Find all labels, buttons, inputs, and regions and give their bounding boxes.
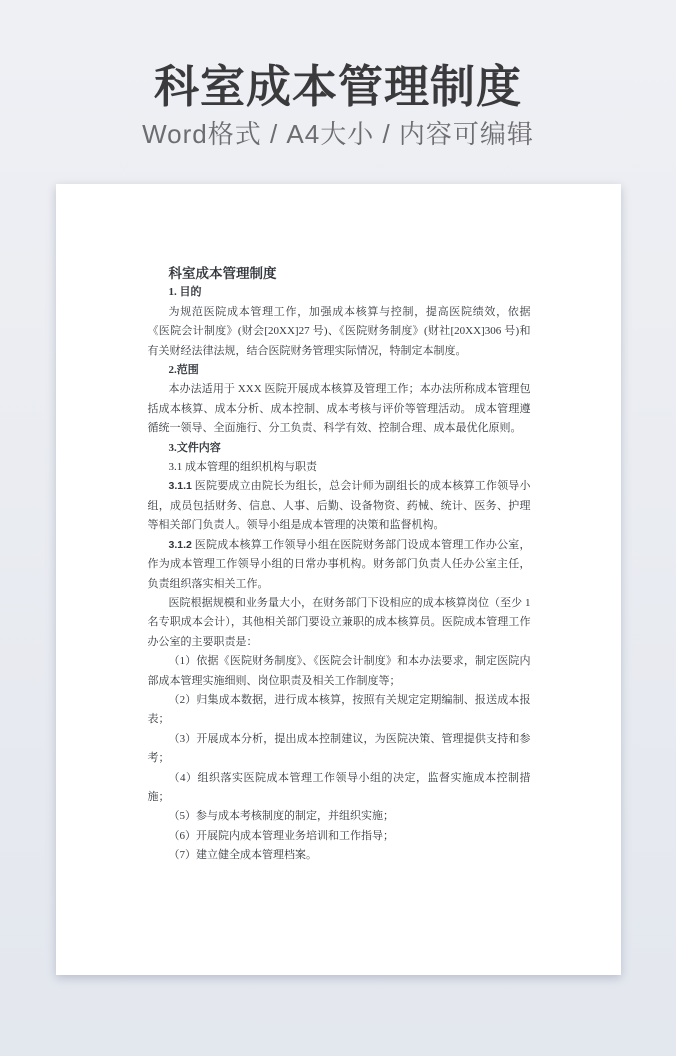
doc-paragraph: （1）依据《医院财务制度》、《医院会计制度》和本办法要求，制定医院内部成本管理实…: [148, 652, 531, 691]
doc-paragraph: （3）开展成本分析，提出成本控制建议，为医院决策、管理提供支持和参考；: [148, 730, 531, 769]
doc-paragraph: （5）参与成本考核制度的制定，并组织实施；: [148, 807, 531, 826]
document-body: 科室成本管理制度 1. 目的为规范医院成本管理工作，加强成本核算与控制，提高医院…: [148, 264, 531, 866]
doc-paragraph: （2）归集成本数据，进行成本核算，按照有关规定定期编制、报送成本报表；: [148, 691, 531, 730]
doc-paragraph: 3.文件内容: [148, 439, 531, 458]
paragraph-number: 3.1.1: [169, 480, 192, 492]
document-title: 科室成本管理制度: [148, 264, 531, 283]
banner-title: 科室成本管理制度: [0, 62, 676, 112]
document-paragraphs: 1. 目的为规范医院成本管理工作，加强成本核算与控制，提高医院绩效，依据《医院会…: [148, 283, 531, 865]
doc-paragraph: 1. 目的: [148, 283, 531, 302]
doc-paragraph: 3.1.1 医院要成立由院长为组长，总会计师为副组长的成本核算工作领导小组，成员…: [148, 477, 531, 535]
doc-paragraph: （7）建立健全成本管理档案。: [148, 846, 531, 865]
banner: 科室成本管理制度 Word格式 / A4大小 / 内容可编辑: [0, 0, 676, 149]
banner-subtitle: Word格式 / A4大小 / 内容可编辑: [0, 119, 676, 149]
doc-paragraph: 3.1 成本管理的组织机构与职责: [148, 458, 531, 477]
doc-paragraph: 2.范围: [148, 361, 531, 380]
paragraph-number: 3.1.2: [169, 539, 192, 551]
doc-paragraph: 为规范医院成本管理工作，加强成本核算与控制，提高医院绩效，依据《医院会计制度》(…: [148, 303, 531, 361]
doc-paragraph: 医院根据规模和业务量大小，在财务部门下设相应的成本核算岗位（至少 1 名专职成本…: [148, 594, 531, 652]
document-page: 科室成本管理制度 1. 目的为规范医院成本管理工作，加强成本核算与控制，提高医院…: [56, 184, 621, 975]
doc-paragraph: （4）组织落实医院成本管理工作领导小组的决定，监督实施成本控制措施；: [148, 769, 531, 808]
doc-paragraph: 本办法适用于 XXX 医院开展成本核算及管理工作；本办法所称成本管理包括成本核算…: [148, 380, 531, 438]
doc-paragraph: （6）开展院内成本管理业务培训和工作指导；: [148, 827, 531, 846]
doc-paragraph: 3.1.2 医院成本核算工作领导小组在医院财务部门设成本管理工作办公室，作为成本…: [148, 536, 531, 594]
